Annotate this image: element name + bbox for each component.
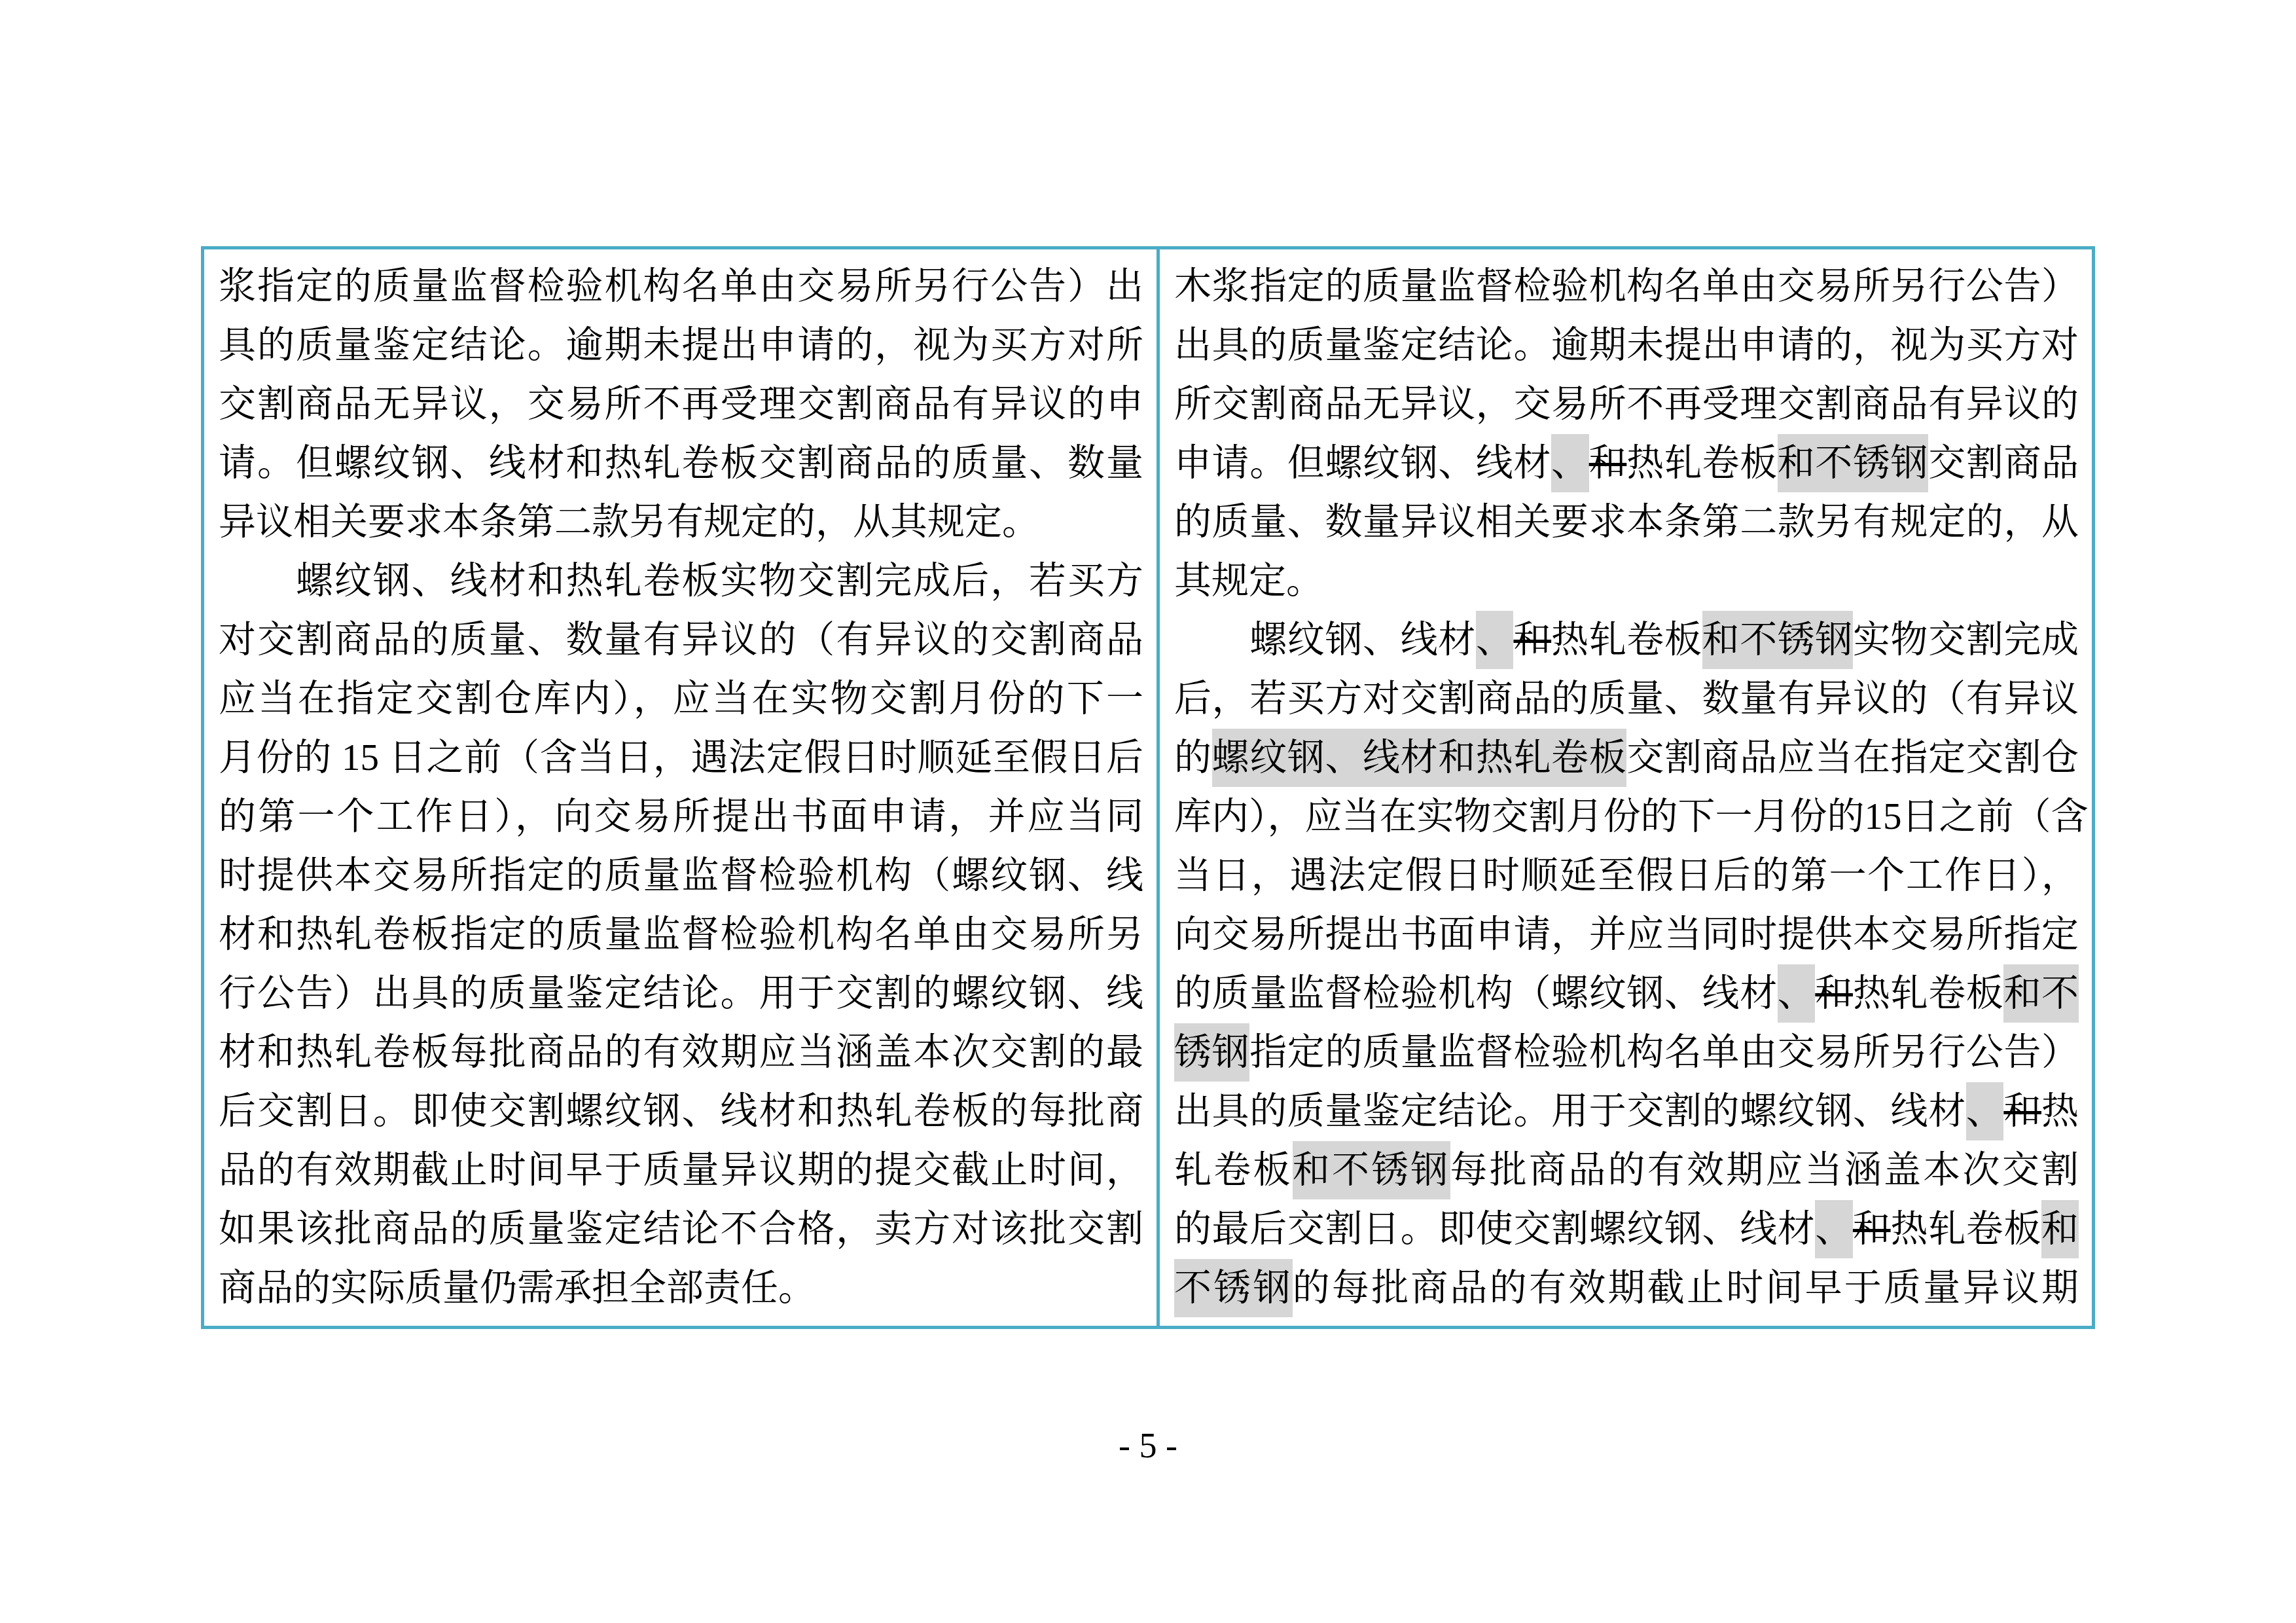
text-line: 材和热轧卷板每批商品的有效期应当涵盖本次交割的最 <box>219 1023 1143 1082</box>
text-segment: 商品的实际质量仍需承担全部责任。 <box>219 1267 816 1309</box>
text-segment: 后交割日。即使交割螺纹钢、线材和热轧卷板的每批商 <box>219 1091 1143 1132</box>
text-segment: 的第一个工作日），向交易所提出书面申请，并应当同 <box>219 796 1143 837</box>
text-line: 时提供本交易所指定的质量监督检验机构（螺纹钢、线 <box>219 847 1143 905</box>
text-line: 出具的质量鉴定结论。逾期未提出申请的，视为买方对 <box>1174 316 2079 375</box>
text-line: 螺纹钢、线材和热轧卷板实物交割完成后，若买方 <box>219 552 1143 611</box>
text-segment: 当日，遇法定假日时顺延至假日后的第一个工作日）， <box>1174 855 2079 896</box>
text-segment: 的质量监督检验机构（螺纹钢、线材 <box>1174 973 1778 1014</box>
inserted-text-highlight: 、 <box>1815 1200 1853 1258</box>
text-segment: 应当在指定交割仓库内），应当在实物交割月份的下一 <box>219 678 1143 720</box>
text-line: 对交割商品的质量、数量有异议的（有异议的交割商品 <box>219 611 1143 670</box>
text-line: 的质量、数量异议相关要求本条第二款另有规定的，从 <box>1174 493 2079 552</box>
text-segment: 实物交割完成 <box>1853 619 2079 661</box>
text-segment: 库内），应当在实物交割月份的下一月份的15日之前（含 <box>1174 796 2089 837</box>
text-segment: 螺纹钢、线材和热轧卷板实物交割完成后，若买方 <box>219 560 1143 602</box>
inserted-text-highlight: 和不锈钢 <box>1293 1141 1450 1199</box>
text-line: 请。但螺纹钢、线材和热轧卷板交割商品的质量、数量 <box>219 434 1143 493</box>
text-line: 后交割日。即使交割螺纹钢、线材和热轧卷板的每批商 <box>219 1082 1143 1141</box>
text-segment: 的最后交割日。即使交割螺纹钢、线材 <box>1174 1209 1815 1250</box>
text-segment: 指定的质量监督检验机构名单由交易所另行公告） <box>1249 1032 2079 1073</box>
text-segment: 热轧卷板 <box>1626 443 1777 484</box>
text-segment: 行公告）出具的质量鉴定结论。用于交割的螺纹钢、线 <box>219 973 1143 1014</box>
text-line: 如果该批商品的质量鉴定结论不合格，卖方对该批交割 <box>219 1200 1143 1259</box>
text-line: 的螺纹钢、线材和热轧卷板交割商品应当在指定交割仓 <box>1174 729 2079 788</box>
deleted-text-strikethrough: 和 <box>2003 1091 2041 1132</box>
text-line: 材和热轧卷板指定的质量监督检验机构名单由交易所另 <box>219 905 1143 964</box>
text-segment: 热 <box>2041 1091 2079 1132</box>
left-column-cell: 浆指定的质量监督检验机构名单由交易所另行公告）出具的质量鉴定结论。逾期未提出申请… <box>204 249 1160 1326</box>
text-segment: 月份的 15 日之前（含当日，遇法定假日时顺延至假日后 <box>219 737 1143 778</box>
inserted-text-highlight: 不锈钢 <box>1174 1259 1293 1317</box>
text-segment: 木浆指定的质量监督检验机构名单由交易所另行公告） <box>1174 266 2079 307</box>
text-segment: 时提供本交易所指定的质量监督检验机构（螺纹钢、线 <box>219 855 1143 896</box>
text-segment: 其规定。 <box>1174 560 1323 602</box>
inserted-text-highlight: 螺纹钢、线材和热轧卷板 <box>1212 729 1627 787</box>
text-segment: 材和热轧卷板指定的质量监督检验机构名单由交易所另 <box>219 914 1143 955</box>
text-line: 浆指定的质量监督检验机构名单由交易所另行公告）出 <box>219 257 1143 316</box>
text-segment: 所交割商品无异议，交易所不再受理交割商品有异议的 <box>1174 384 2079 425</box>
text-line: 所交割商品无异议，交易所不再受理交割商品有异议的 <box>1174 375 2079 434</box>
text-line: 的第一个工作日），向交易所提出书面申请，并应当同 <box>219 788 1143 847</box>
text-segment: 热轧卷板 <box>1891 1209 2041 1250</box>
text-segment: 对交割商品的质量、数量有异议的（有异议的交割商品 <box>219 619 1143 661</box>
text-segment: 材和热轧卷板每批商品的有效期应当涵盖本次交割的最 <box>219 1032 1143 1073</box>
text-line: 当日，遇法定假日时顺延至假日后的第一个工作日）， <box>1174 847 2079 905</box>
text-segment: 的每批商品的有效期截止时间早于质量异议期 <box>1293 1267 2079 1309</box>
text-segment: 轧卷板 <box>1174 1150 1293 1191</box>
text-line: 异议相关要求本条第二款另有规定的，从其规定。 <box>219 493 1143 552</box>
deleted-text-strikethrough: 和 <box>1513 619 1551 661</box>
text-line: 品的有效期截止时间早于质量异议期的提交截止时间， <box>219 1141 1143 1200</box>
text-segment: 浆指定的质量监督检验机构名单由交易所另行公告）出 <box>219 266 1143 307</box>
text-segment: 出具的质量鉴定结论。逾期未提出申请的，视为买方对 <box>1174 325 2079 366</box>
text-segment: 交割商品 <box>1928 443 2079 484</box>
text-line: 行公告）出具的质量鉴定结论。用于交割的螺纹钢、线 <box>219 964 1143 1023</box>
text-segment: 的 <box>1174 737 1212 778</box>
deleted-text-strikethrough: 和 <box>1815 973 1853 1014</box>
text-segment: 出具的质量鉴定结论。用于交割的螺纹钢、线材 <box>1174 1091 1966 1132</box>
text-line: 其规定。 <box>1174 552 2079 611</box>
text-segment: 如果该批商品的质量鉴定结论不合格，卖方对该批交割 <box>219 1209 1143 1250</box>
text-segment: 后，若买方对交割商品的质量、数量有异议的（有异议 <box>1174 678 2079 720</box>
inserted-text-highlight: 、 <box>1551 434 1589 492</box>
text-line: 锈钢指定的质量监督检验机构名单由交易所另行公告） <box>1174 1023 2079 1082</box>
page-number: - 5 - <box>0 1419 2296 1472</box>
text-line: 向交易所提出书面申请，并应当同时提供本交易所指定 <box>1174 905 2079 964</box>
inserted-text-highlight: 和不锈钢 <box>1778 434 1928 492</box>
text-line: 木浆指定的质量监督检验机构名单由交易所另行公告） <box>1174 257 2079 316</box>
deleted-text-strikethrough: 和 <box>1589 443 1627 484</box>
text-line: 后，若买方对交割商品的质量、数量有异议的（有异议 <box>1174 670 2079 729</box>
inserted-text-highlight: 锈钢 <box>1174 1023 1249 1082</box>
text-segment: 请。但螺纹钢、线材和热轧卷板交割商品的质量、数量 <box>219 443 1143 484</box>
inserted-text-highlight: 、 <box>1778 964 1816 1023</box>
inserted-text-highlight: 和不 <box>2003 964 2079 1023</box>
text-segment: 异议相关要求本条第二款另有规定的，从其规定。 <box>219 501 1039 543</box>
text-line: 具的质量鉴定结论。逾期未提出申请的，视为买方对所 <box>219 316 1143 375</box>
text-line: 轧卷板和不锈钢每批商品的有效期应当涵盖本次交割 <box>1174 1141 2079 1200</box>
text-segment: 的质量、数量异议相关要求本条第二款另有规定的，从 <box>1174 501 2079 543</box>
text-segment: 具的质量鉴定结论。逾期未提出申请的，视为买方对所 <box>219 325 1143 366</box>
text-segment: 螺纹钢、线材 <box>1174 619 1476 661</box>
text-segment: 热轧卷板 <box>1551 619 1702 661</box>
text-segment: 每批商品的有效期应当涵盖本次交割 <box>1450 1150 2079 1191</box>
text-line: 的最后交割日。即使交割螺纹钢、线材、和热轧卷板和 <box>1174 1200 2079 1259</box>
text-line: 螺纹钢、线材、和热轧卷板和不锈钢实物交割完成 <box>1174 611 2079 670</box>
inserted-text-highlight: 和不锈钢 <box>1702 611 1853 669</box>
text-line: 月份的 15 日之前（含当日，遇法定假日时顺延至假日后 <box>219 729 1143 788</box>
comparison-table: 浆指定的质量监督检验机构名单由交易所另行公告）出具的质量鉴定结论。逾期未提出申请… <box>201 246 2095 1329</box>
inserted-text-highlight: 、 <box>1966 1082 2004 1140</box>
text-segment: 品的有效期截止时间早于质量异议期的提交截止时间， <box>219 1150 1143 1191</box>
text-segment: 向交易所提出书面申请，并应当同时提供本交易所指定 <box>1174 914 2079 955</box>
text-line: 应当在指定交割仓库内），应当在实物交割月份的下一 <box>219 670 1143 729</box>
inserted-text-highlight: 、 <box>1476 611 1514 669</box>
text-line: 不锈钢的每批商品的有效期截止时间早于质量异议期 <box>1174 1259 2079 1318</box>
right-column-cell: 木浆指定的质量监督检验机构名单由交易所另行公告）出具的质量鉴定结论。逾期未提出申… <box>1160 249 2092 1326</box>
text-line: 商品的实际质量仍需承担全部责任。 <box>219 1259 1143 1318</box>
text-segment: 交割商品无异议，交易所不再受理交割商品有异议的申 <box>219 384 1143 425</box>
deleted-text-strikethrough: 和 <box>1853 1209 1891 1250</box>
text-line: 申请。但螺纹钢、线材、和热轧卷板和不锈钢交割商品 <box>1174 434 2079 493</box>
text-line: 的质量监督检验机构（螺纹钢、线材、和热轧卷板和不 <box>1174 964 2079 1023</box>
text-line: 出具的质量鉴定结论。用于交割的螺纹钢、线材、和热 <box>1174 1082 2079 1141</box>
text-segment: 交割商品应当在指定交割仓 <box>1626 737 2079 778</box>
text-line: 交割商品无异议，交易所不再受理交割商品有异议的申 <box>219 375 1143 434</box>
text-segment: 申请。但螺纹钢、线材 <box>1174 443 1551 484</box>
text-segment: 热轧卷板 <box>1853 973 2003 1014</box>
text-line: 库内），应当在实物交割月份的下一月份的15日之前（含 <box>1174 788 2079 847</box>
inserted-text-highlight: 和 <box>2041 1200 2079 1258</box>
